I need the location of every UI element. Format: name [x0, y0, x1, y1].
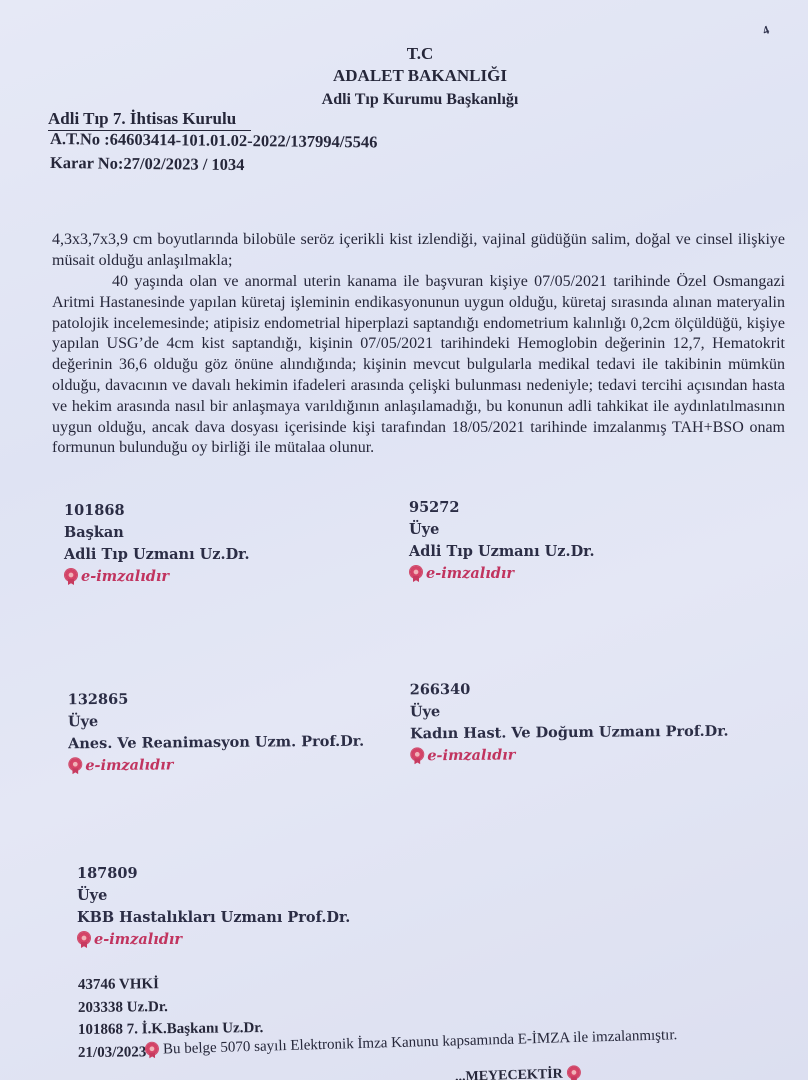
esign-notice-continued-text: ...MEYECEKTİR: [455, 1067, 563, 1080]
seal-icon: [409, 566, 423, 582]
signatory-title: Anes. Ve Reanimasyon Uzm. Prof.Dr.: [68, 731, 364, 756]
signatory-role: Üye: [410, 699, 729, 724]
footer-line: 101868 7. İ.K.Başkanı Uz.Dr.: [78, 1017, 264, 1041]
esign-label: e-imzalıdır: [85, 754, 173, 777]
esign-badge: e-imzalıdır: [410, 743, 729, 768]
footer-line: 203338 Uz.Dr.: [78, 995, 264, 1019]
esign-badge: e-imzalıdır: [409, 563, 595, 585]
esign-label: e-imzalıdır: [94, 929, 182, 951]
decision-number: Karar No:27/02/2023 / 1034: [50, 153, 245, 175]
signatory-title: Kadın Hast. Ve Doğum Uzmanı Prof.Dr.: [410, 721, 729, 746]
seal-icon: [145, 1042, 159, 1058]
esign-label: e-imzalıdır: [81, 566, 169, 588]
seal-icon: [566, 1066, 580, 1080]
signatory-role: Üye: [409, 519, 595, 541]
seal-icon: [410, 748, 424, 764]
signatory-block: 101868 Başkan Adli Tıp Uzmanı Uz.Dr. e-i…: [64, 500, 250, 588]
header-institution: Adli Tıp Kurumu Başkanlığı: [16, 91, 808, 109]
signatory-role: Üye: [77, 885, 350, 907]
body-paragraph-1: 4,3x3,7x3,9 cm boyutlarında bilobüle ser…: [52, 230, 785, 272]
body-paragraph-2: 40 yaşında olan ve anormal uterin kanama…: [52, 272, 785, 459]
seal-icon: [68, 758, 82, 774]
signatory-id: 187809: [77, 863, 350, 885]
esign-badge: e-imzalıdır: [68, 753, 364, 778]
signatory-title: Adli Tıp Uzmanı Uz.Dr.: [409, 541, 595, 563]
signatory-id: 95272: [409, 497, 595, 519]
header-ministry: ADALET BAKANLIĞI: [16, 66, 808, 86]
signatory-role: Başkan: [64, 522, 250, 544]
esign-notice-continued: ...MEYECEKTİR: [455, 1066, 581, 1080]
signatory-block: 266340 Üye Kadın Hast. Ve Doğum Uzmanı P…: [410, 677, 729, 768]
esign-label: e-imzalıdır: [427, 744, 515, 767]
page-corner-mark: 4: [761, 22, 772, 38]
seal-icon: [64, 569, 78, 585]
committee-name: Adli Tıp 7. İhtisas Kurulu: [48, 109, 251, 131]
at-number: A.T.No :64603414-101.01.02-2022/137994/5…: [50, 129, 378, 152]
signatory-role: Üye: [68, 709, 364, 734]
signatory-block: 95272 Üye Adli Tıp Uzmanı Uz.Dr. e-imzal…: [409, 497, 595, 585]
signatory-id: 266340: [410, 677, 729, 702]
signatory-title: KBB Hastalıkları Uzmanı Prof.Dr.: [77, 907, 350, 929]
esign-badge: e-imzalıdır: [77, 929, 350, 951]
seal-icon: [77, 932, 91, 948]
signatory-id: 132865: [68, 687, 364, 712]
footer-line: 43746 VHKİ: [78, 972, 264, 996]
esign-badge: e-imzalıdır: [64, 566, 250, 588]
signatory-block: 187809 Üye KBB Hastalıkları Uzmanı Prof.…: [77, 863, 350, 951]
header-tc: T.C: [16, 44, 808, 64]
esign-label: e-imzalıdır: [426, 563, 514, 585]
signatory-title: Adli Tıp Uzmanı Uz.Dr.: [64, 544, 250, 566]
signatory-block: 132865 Üye Anes. Ve Reanimasyon Uzm. Pro…: [68, 687, 365, 778]
signatory-id: 101868: [64, 500, 250, 522]
